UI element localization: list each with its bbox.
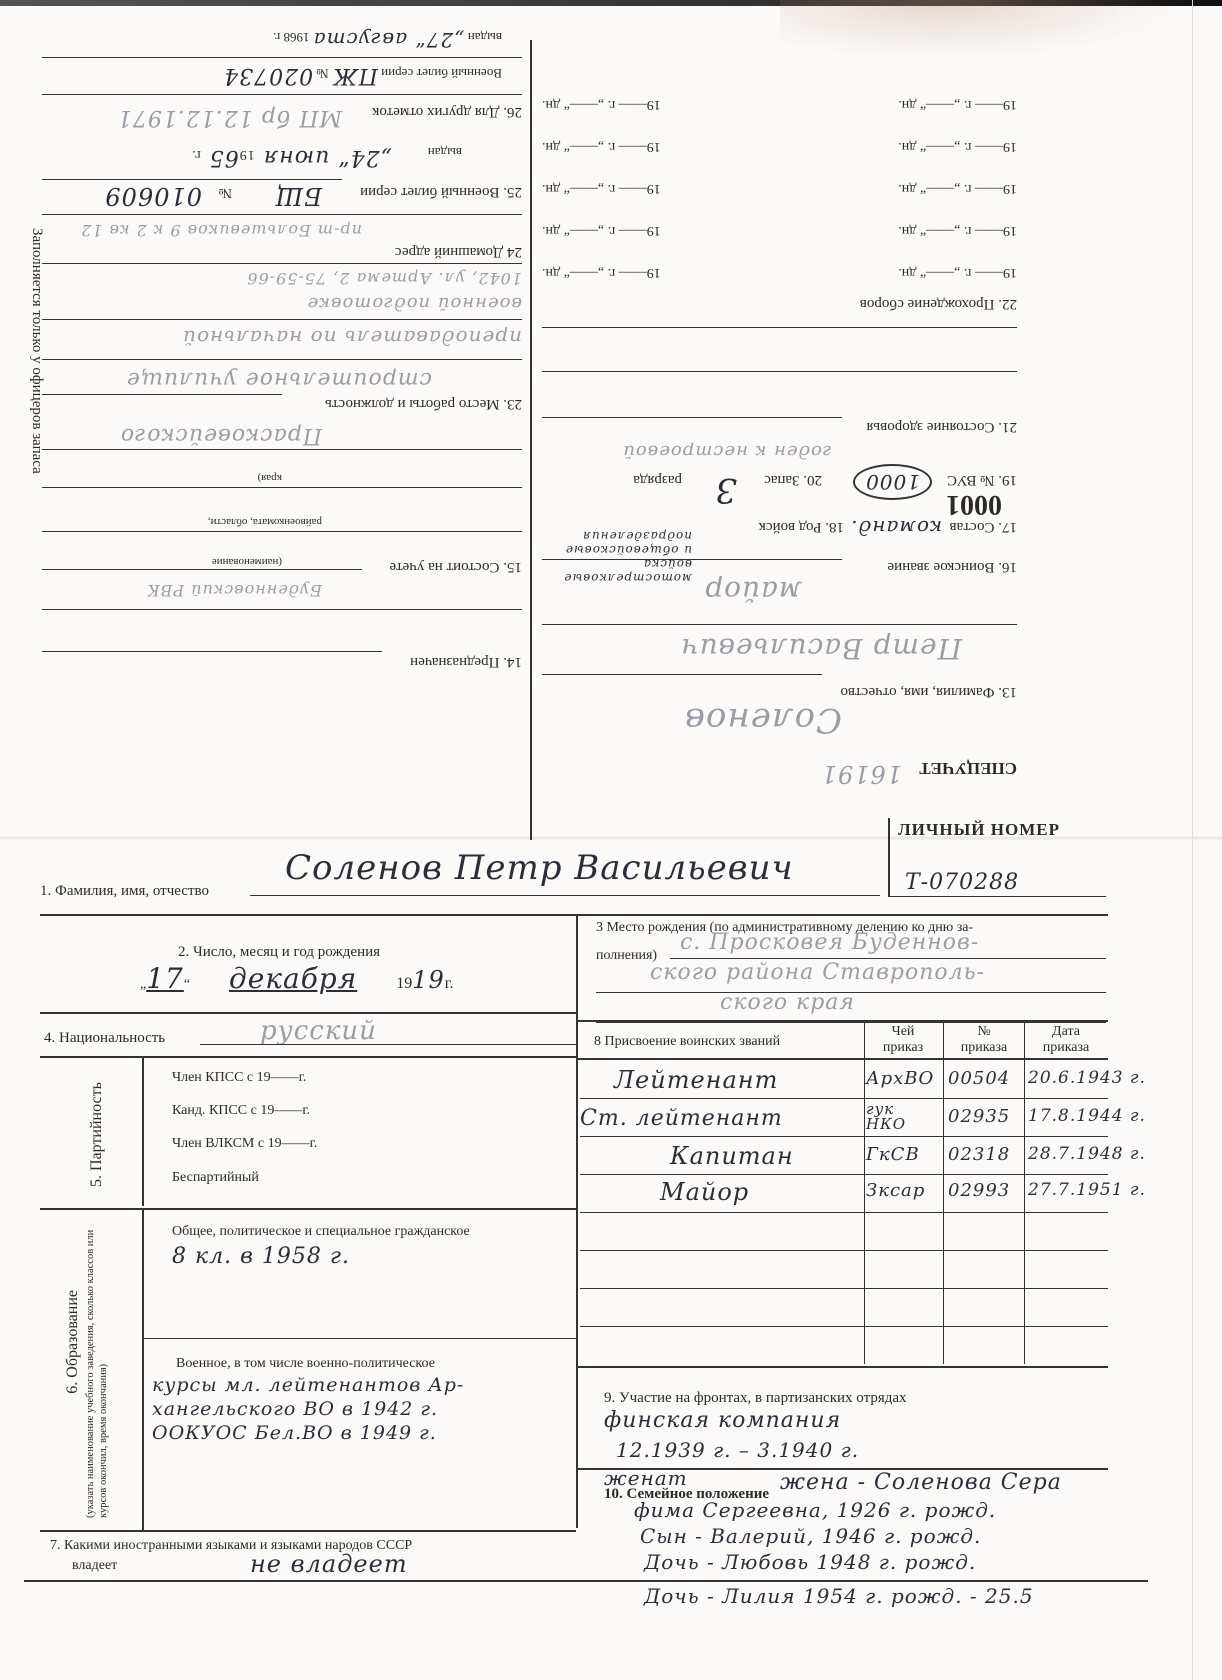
table-row-line [580,1174,1108,1175]
personal-number-box-bottom [888,896,1106,897]
field-25-line [42,179,342,180]
field-10-value-4: Дочь - Любовь 1948 г. рожд. [644,1550,976,1574]
field-25-issued-label: выдан [428,144,462,160]
field-10-value-3: Сын - Валерий, 1946 г. рожд. [640,1524,981,1548]
field-6-civil-value: 8 кл. в 1958 г. [172,1244,350,1269]
field-6-divider [142,1208,144,1530]
field-13-value-1: Соленов [684,700,842,740]
row-divider-1 [40,914,1108,916]
field-10-value-2: фима Сергеевна, 1926 г. рожд. [634,1498,996,1522]
field-6-sub-divider [142,1338,576,1339]
field-24-line-1 [42,263,522,264]
field-21-label: 21. Состояние здоровья [866,418,1017,435]
field-10-value-5: Дочь - Лилия 1954 г. рожд. - 25.5 [644,1584,1034,1608]
field-26-ticket-label: Военный билет серии ПЖ № 020734 [223,63,502,88]
field-18-value-4: подразделения [532,529,692,543]
table-row-line [580,1212,1108,1213]
field-1-label: 1. Фамилия, имя, отчество [40,883,209,900]
field-10-value-1: жена - Соленова Сера [780,1470,1062,1495]
field-25-issued-date: „24“ июня 1965 г. [191,145,392,170]
field-15-line-3 [42,487,522,488]
field-15-hint-name: (наименование [212,556,282,568]
lower-center-divider [576,914,578,1528]
field-24-label: 24 Домашний адрес [395,243,522,260]
field-22-label: 22. Прохождение сборов [860,295,1017,312]
field-23-value-4: военной подготовке [307,293,522,314]
personal-number-box-left [888,818,890,896]
field-22-row: 19—— г. „——“ дн. 19—— г. „——“ дн. [542,96,1017,112]
upper-half-inverted: СПЕЦУЧЕТ 16191 13. Фамилия, имя, отчеств… [0,0,1222,840]
field-21-line-3 [542,327,1017,328]
table-row-line [580,1326,1108,1327]
table-row-line [580,1136,1108,1137]
table-row: Капитан ГкСВ 02318 28.7.1948 г. [580,1138,1110,1176]
field-21-value: годен к нестроевой [622,441,832,462]
table-row: Лейтенант АрхВО 00504 20.6.1943 г. [580,1062,1110,1100]
field-26-issued: выдан „27“ августа 1968 г. [273,28,502,52]
field-3-value-1: с. Просковея Буденнов- [680,930,979,955]
field-26-line [42,94,522,95]
field-18-value: мотострелковые войска и общевойсковые по… [532,529,692,585]
row-divider-6 [40,1530,576,1532]
field-14-label: 14. Предназначен [410,653,522,670]
col-header-order-date: Датаприказа [1026,1024,1106,1056]
party-option-cpsu-candidate: Канд. КПСС с 19——г. [172,1103,310,1119]
field-15-line-4 [42,449,522,450]
field-24-value-1: 1042, ул. Артема 2, 75-59-66 [246,269,522,288]
col-header-whose-order: Чейприказ [866,1024,940,1056]
field-24-line-2 [42,214,522,215]
field-23-line-1 [42,394,282,395]
personal-number-value: Т-070288 [905,870,1019,895]
field-13-label: 13. Фамилия, имя, отчество [841,683,1017,700]
field-6-military-value-3: ООКУОС Бел.ВО в 1949 г. [152,1421,464,1445]
field-20-suffix: разряда [633,471,682,488]
row-divider-3 [576,1020,1108,1022]
party-option-cpsu-member: Член КПСС с 19——г. [172,1070,306,1086]
field-6-label: 6. Образование [64,1290,82,1394]
field-16-label: 16. Воинское звание [887,558,1017,575]
special-record-value: 16191 [821,760,902,788]
field-6-sublabel: (указать наименование учебного заведения… [84,1218,124,1518]
field-23-value-1: Прасковейского [120,423,322,448]
field-18-value-3: и общевойсковые [532,543,692,557]
field-19-circled: 1000 [853,464,932,500]
field-25-series: БЩ [275,182,322,210]
field-2-value: „17“ декабря 1919г. [140,962,454,995]
field-15-value: Буденновский РВК [146,581,322,600]
field-7-label-2: владеет [72,1558,117,1574]
field-20-category: 3 [714,470,737,510]
field-1-line [250,895,880,896]
field-8-label: 8 Присвоение воинских званий [594,1034,780,1050]
field-25-number-label: № [219,184,232,200]
row-divider-5 [40,1208,576,1210]
field-1-value: Соленов Петр Васильевич [285,848,794,888]
field-14-line [42,651,382,652]
field-4-value: русский [260,1016,377,1046]
col-header-order-number: №приказа [946,1024,1022,1056]
row-divider-4 [40,1056,576,1058]
field-14-line-2 [42,609,522,610]
field-5-label: 5. Партийность [88,1070,106,1200]
field-18-label: 18. Род войск [759,518,844,535]
field-15-hint-region: края) [258,472,282,484]
field-9-label: 9. Участие на фронтах, в партизанских от… [604,1390,907,1407]
field-13-line-2 [542,624,1017,625]
table-row-line [580,1250,1108,1251]
field-6-civil-label: Общее, политическое и специальное гражда… [172,1224,470,1240]
table-header-divider [576,1058,1108,1060]
field-22-row: 19—— г. „——“ дн. 19—— г. „——“ дн. [542,264,1017,280]
field-15-line [42,569,362,570]
field-19-stamp: 0001 [946,488,1002,520]
table-row: Майор Зкcар 02993 27.7.1951 г. [580,1176,1110,1214]
field-20-label: 20. Запас [764,471,822,488]
table-row-line [580,1288,1108,1289]
field-18-value-1: мотострелковые [532,571,692,585]
field-22-row: 19—— г. „——“ дн. 19—— г. „——“ дн. [542,138,1017,154]
field-13-value-2: Петр Васильевич [680,632,962,665]
field-15-hint-district: райвоенкомата, области, [208,516,322,528]
field-3-line-3 [596,1022,1106,1023]
field-23-value-3: преподаватель по начальной [182,326,522,350]
field-4-label: 4. Национальность [44,1030,165,1047]
field-2-label: 2. Число, месяц и год рождения [178,944,380,961]
officers-reserve-note: Заполняется только у офицеров запаса [28,228,45,474]
field-23-value-2: строительное училище [126,367,432,392]
party-option-non-party: Беспартийный [172,1170,259,1186]
field-4-line [200,1044,576,1045]
field-23-line-2 [42,359,522,360]
field-5-divider [142,1056,144,1206]
table-row-line [580,1098,1108,1099]
field-21-line-2 [542,371,1017,372]
field-3-value-2: ского района Ставрополь- [650,960,985,985]
field-26-line-2 [42,57,522,58]
field-16-value: майор [704,575,802,608]
field-9-value-2: 12.1939 г. – 3.1940 г. [616,1438,859,1462]
table-row: Ст. лейтенант гук НКО 02935 17.8.1944 г. [580,1100,1110,1138]
field-23-line-3 [42,319,522,320]
field-3-label-2: полнения) [596,948,657,964]
field-13-line-1 [542,674,822,675]
field-17-value: команд. [850,516,942,540]
field-26-value: МП бр 12.12.1971 [117,105,342,130]
field-15-line-2 [42,531,522,532]
upper-divider [530,40,532,840]
special-record-label: СПЕЦУЧЕТ [919,758,1017,778]
field-3-line-1 [670,958,1106,959]
field-19-label: 19. № ВУС [947,471,1017,488]
field-3-value-3: ского края [720,990,855,1015]
field-6-military-value-2: хангельского ВО в 1942 г. [152,1397,464,1421]
row-divider-7 [24,1580,1148,1582]
field-7-value: не владеет [250,1550,408,1578]
party-option-vlksm-member: Член ВЛКСМ с 19——г. [172,1136,317,1152]
field-25-label: 25. Военный билет серии [360,183,522,200]
field-6-military-value-1: курсы мл. лейтенантов Ар- [152,1373,464,1397]
field-22-row: 19—— г. „——“ дн. 19—— г. „——“ дн. [542,180,1017,196]
row-divider-2 [40,1012,576,1014]
field-9-value-1: финская компания [604,1408,841,1433]
field-23-label: 23. Место работы и должность [325,395,522,412]
field-21-line [542,417,842,418]
personal-number-label: ЛИЧНЫЙ НОМЕР [898,820,1060,840]
field-25-number: 010609 [104,182,202,210]
field-26-label: 26. Для других отметок [372,103,522,120]
field-6-military-label: Военное, в том числе военно-политическое [176,1356,435,1372]
field-17-label: 17. Состав [949,518,1017,535]
field-6-military-value: курсы мл. лейтенантов Ар- хангельского В… [152,1373,464,1445]
field-22-row: 19—— г. „——“ дн. 19—— г. „——“ дн. [542,222,1017,238]
field-24-value-2: пр-т Большевиков 9 к 2 кв 12 [80,221,362,240]
field-18-value-2: войска [532,557,692,571]
field-15-label: 15. Состоит на учете [389,558,522,575]
row-divider-8 [576,1366,1108,1368]
